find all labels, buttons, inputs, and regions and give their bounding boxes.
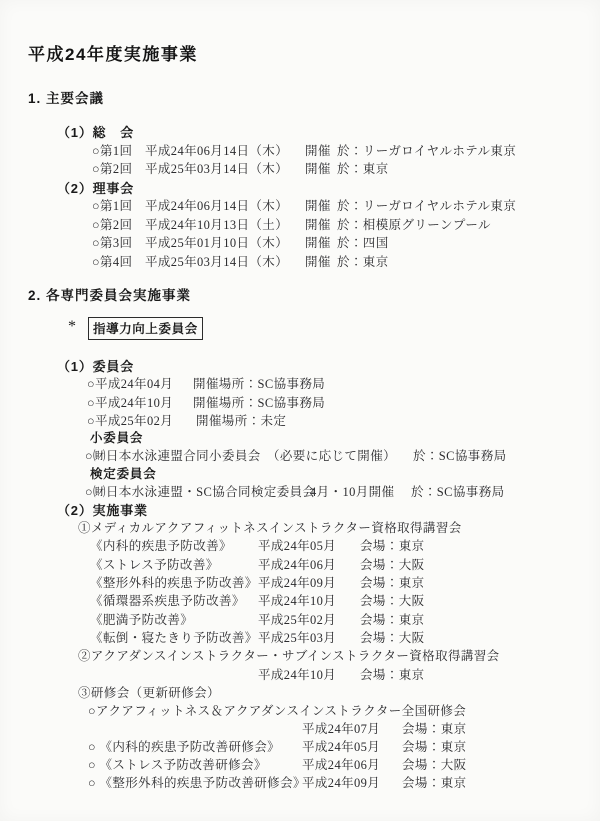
- text-segment: 会場：東京: [360, 536, 425, 554]
- text-segment: 開催: [305, 196, 331, 214]
- text-segment: 平成24年06月: [302, 755, 380, 773]
- text-segment: 平成25年02月: [258, 610, 336, 628]
- text-segment: 平成24年06月14日（木）: [145, 141, 288, 159]
- board-meeting-heading: （2）理事会: [0, 178, 600, 197]
- text-segment: 《循環器系疾患予防改善》: [90, 591, 245, 609]
- text-segment: 会場：東京: [402, 773, 467, 791]
- board-meeting-row-4: ○第4回平成25年03月14日（木）開催於：東京: [0, 252, 600, 271]
- text-segment: ○平成24年10月: [87, 393, 173, 411]
- text-segment: 会場：東京: [402, 719, 467, 737]
- text-segment: ○第2回: [92, 215, 132, 233]
- program-3-row-1b: 平成24年07月会場：東京: [0, 719, 600, 738]
- text-segment: 平成24年09月: [302, 773, 380, 791]
- program-1-row-6: 《転倒・寝たきり予防改善》平成25年03月会場：大阪: [0, 628, 600, 647]
- text-segment: （2）理事会: [57, 178, 134, 197]
- text-segment: 於：リーガロイヤルホテル東京: [337, 196, 516, 214]
- committee-row-1: ○平成24年04月開催場所：SC協事務局: [0, 374, 600, 393]
- text-segment: ○第3回: [92, 233, 132, 251]
- text-segment: 開催場所：未定: [196, 411, 286, 429]
- text-segment: 《内科的疾患予防改善》: [90, 536, 232, 554]
- general-meeting-row-2: ○第2回平成25年03月14日（木）開催於：東京: [0, 159, 600, 178]
- committee-meetings-heading: （1）委員会: [0, 356, 600, 375]
- text-segment: 於：四国: [337, 233, 389, 251]
- text-segment: 平成24年度実施事業: [28, 40, 198, 65]
- text-segment: 《整形外科的疾患予防改善》: [90, 573, 258, 591]
- text-segment: ○第2回: [92, 159, 132, 177]
- subcommittee-row: ○㈶日本水泳連盟合同小委員会（必要に応じて開催）於：SC協事務局: [0, 446, 600, 465]
- text-segment: 平成25年03月14日（木）: [145, 252, 288, 270]
- certification-committee-row: ○㈶日本水泳連盟・SC協合同検定委員会4月・10月開催於：SC協事務局: [0, 482, 600, 501]
- text-segment: ○第1回: [92, 196, 132, 214]
- text-segment: ○㈶日本水泳連盟合同小委員会: [85, 446, 261, 464]
- text-segment: （1）委員会: [57, 356, 134, 375]
- text-segment: 会場：東京: [402, 737, 467, 755]
- certification-committee-heading: 検定委員会: [0, 464, 600, 483]
- program-3-row-4: ○ 《整形外科的疾患予防改善研修会》平成24年09月会場：東京: [0, 773, 600, 792]
- board-meeting-row-1: ○第1回平成24年06月14日（木）開催於：リーガロイヤルホテル東京: [0, 196, 600, 215]
- committee-box: 指導力向上委員会: [88, 317, 203, 340]
- text-segment: 小委員会: [90, 428, 143, 446]
- text-segment: 会場：東京: [360, 665, 425, 683]
- text-segment: 於：東京: [337, 252, 389, 270]
- text-segment: 4月・10月開催: [310, 482, 394, 500]
- general-meeting-row-1: ○第1回平成24年06月14日（木）開催於：リーガロイヤルホテル東京: [0, 141, 600, 160]
- text-segment: 会場：大阪: [402, 755, 467, 773]
- program-3-row-3: ○ 《ストレス予防改善研修会》平成24年06月会場：大阪: [0, 755, 600, 774]
- program-2-row-1: 平成24年10月会場：東京: [0, 665, 600, 684]
- text-segment: 平成24年10月: [258, 591, 336, 609]
- text-segment: 於：相模原グリーンプール: [337, 215, 491, 233]
- text-segment: 平成25年03月14日（木）: [145, 159, 288, 177]
- text-segment: 平成24年05月: [258, 536, 336, 554]
- text-segment: ③研修会（更新研修会）: [78, 683, 220, 701]
- text-segment: 《肥満予防改善》: [90, 610, 193, 628]
- text-segment: 会場：東京: [360, 610, 425, 628]
- text-segment: 開催: [305, 233, 331, 251]
- text-segment: 平成25年01月10日（木）: [145, 233, 288, 251]
- text-segment: 《ストレス予防改善》: [90, 555, 219, 573]
- text-segment: ①メディカルアクアフィットネスインストラクター資格取得講習会: [78, 518, 462, 536]
- program-1-row-4: 《循環器系疾患予防改善》平成24年10月会場：大阪: [0, 591, 600, 610]
- section-2-heading: 2. 各専門委員会実施事業: [0, 284, 600, 303]
- committee-highlight: *指導力向上委員会: [0, 317, 600, 336]
- text-segment: 於：SC協事務局: [411, 482, 505, 500]
- text-segment: 会場：大阪: [360, 555, 425, 573]
- text-segment: （1）総 会: [57, 122, 134, 141]
- text-segment: 平成24年10月: [258, 665, 336, 683]
- program-1-row-2: 《ストレス予防改善》平成24年06月会場：大阪: [0, 555, 600, 574]
- text-segment: 開催: [305, 215, 331, 233]
- text-segment: 《転倒・寝たきり予防改善》: [90, 628, 258, 646]
- board-meeting-row-2: ○第2回平成24年10月13日（土）開催於：相模原グリーンプール: [0, 215, 600, 234]
- board-meeting-row-3: ○第3回平成25年01月10日（木）開催於：四国: [0, 233, 600, 252]
- programs-heading: （2）実施事業: [0, 500, 600, 519]
- text-segment: 平成24年09月: [258, 573, 336, 591]
- text-segment: 2. 各専門委員会実施事業: [28, 284, 191, 304]
- text-segment: ○平成24年04月: [87, 374, 173, 392]
- text-segment: 平成25年03月: [258, 628, 336, 646]
- program-3-row-1: ○アクアフィットネス＆アクアダンスインストラクター全国研修会: [0, 701, 600, 720]
- text-segment: ○ 《整形外科的疾患予防改善研修会》: [88, 773, 306, 791]
- committee-row-2: ○平成24年10月開催場所：SC協事務局: [0, 393, 600, 412]
- text-segment: （2）実施事業: [57, 500, 148, 519]
- text-segment: 開催場所：SC協事務局: [193, 393, 325, 411]
- program-3-row-2: ○ 《内科的疾患予防改善研修会》平成24年05月会場：東京: [0, 737, 600, 756]
- text-segment: ○ 《ストレス予防改善研修会》: [88, 755, 267, 773]
- text-segment: 会場：大阪: [360, 628, 425, 646]
- text-segment: 開催: [305, 141, 331, 159]
- program-1-row-3: 《整形外科的疾患予防改善》平成24年09月会場：東京: [0, 573, 600, 592]
- text-segment: ○第1回: [92, 141, 132, 159]
- program-3-heading: ③研修会（更新研修会）: [0, 683, 600, 702]
- program-2-heading: ②アクアダンスインストラクター・サブインストラクター資格取得講習会: [0, 646, 600, 665]
- text-segment: 平成24年07月: [302, 719, 380, 737]
- text-segment: 開催: [305, 159, 331, 177]
- asterisk-marker: *: [68, 318, 77, 336]
- text-segment: 於：東京: [337, 159, 389, 177]
- text-segment: 1. 主要会議: [28, 87, 104, 107]
- text-segment: ○第4回: [92, 252, 132, 270]
- text-segment: 開催場所：SC協事務局: [193, 374, 325, 392]
- program-1-row-1: 《内科的疾患予防改善》平成24年05月会場：東京: [0, 536, 600, 555]
- text-segment: 会場：東京: [360, 573, 425, 591]
- text-segment: 会場：大阪: [360, 591, 425, 609]
- text-segment: 平成24年10月13日（土）: [145, 215, 288, 233]
- text-segment: 平成24年05月: [302, 737, 380, 755]
- text-segment: 於：リーガロイヤルホテル東京: [337, 141, 516, 159]
- page-title: 平成24年度実施事業: [0, 40, 600, 59]
- text-segment: 平成24年06月: [258, 555, 336, 573]
- text-segment: ②アクアダンスインストラクター・サブインストラクター資格取得講習会: [78, 646, 500, 664]
- text-segment: 於：SC協事務局: [413, 446, 507, 464]
- program-1-row-5: 《肥満予防改善》平成25年02月会場：東京: [0, 610, 600, 629]
- text-segment: ○平成25年02月: [87, 411, 173, 429]
- document-page: 平成24年度実施事業1. 主要会議（1）総 会○第1回平成24年06月14日（木…: [0, 0, 600, 821]
- text-segment: 開催: [305, 252, 331, 270]
- text-segment: ○ 《内科的疾患予防改善研修会》: [88, 737, 280, 755]
- text-segment: （必要に応じて開催）: [267, 446, 396, 464]
- general-meeting-heading: （1）総 会: [0, 122, 600, 141]
- subcommittee-heading: 小委員会: [0, 428, 600, 447]
- program-1-heading: ①メディカルアクアフィットネスインストラクター資格取得講習会: [0, 518, 600, 537]
- text-segment: 平成24年06月14日（木）: [145, 196, 288, 214]
- section-1-heading: 1. 主要会議: [0, 87, 600, 106]
- text-segment: ○アクアフィットネス＆アクアダンスインストラクター全国研修会: [88, 701, 466, 719]
- text-segment: ○㈶日本水泳連盟・SC協合同検定委員会: [85, 482, 315, 500]
- text-segment: 検定委員会: [90, 464, 157, 482]
